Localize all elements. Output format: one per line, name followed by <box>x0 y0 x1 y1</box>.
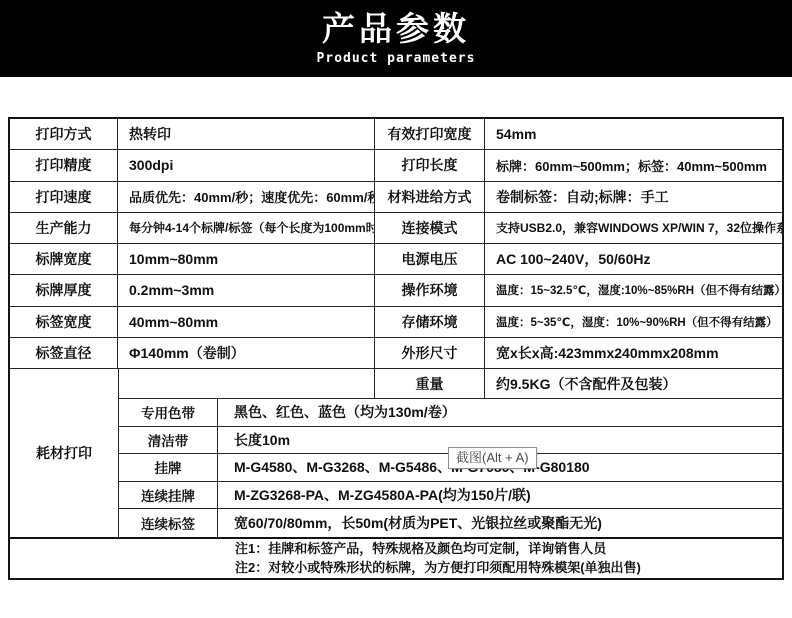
consumable-value-ribbon: 黑色、红色、蓝色（均为130m/卷） <box>218 399 782 427</box>
page-title: 产品参数 <box>322 11 470 47</box>
spec-label-plate-width: 标牌宽度 <box>10 244 118 275</box>
spec-label-label-width: 标签宽度 <box>10 307 118 338</box>
spec-label-print-width: 有效打印宽度 <box>375 119 485 150</box>
consumable-value-continuous-tags: M-ZG3268-PA、M-ZG4580A-PA(均为150片/联) <box>218 482 782 510</box>
spec-label-print-speed: 打印速度 <box>10 182 118 213</box>
spec-label-weight: 重量 <box>375 369 485 399</box>
consumable-label-cleaning-tape: 清洁带 <box>119 427 218 455</box>
spec-label-print-length: 打印长度 <box>375 150 485 181</box>
consumable-row-continuous-tags: 连续挂牌 M-ZG3268-PA、M-ZG4580A-PA(均为150片/联) <box>119 482 782 510</box>
spec-value-label-width: 40mm~80mm <box>118 307 375 338</box>
footnotes: 注1：挂牌和标签产品，特殊规格及颜色均可定制，详询销售人员 注2：对较小或特殊形… <box>10 537 782 578</box>
spec-value-print-method: 热转印 <box>118 119 375 150</box>
spec-value-capacity: 每分钟4-14个标牌/标签（每个长度为100mm时） <box>118 213 375 244</box>
spec-label-feed-mode: 材料进给方式 <box>375 182 485 213</box>
spec-label-dimensions: 外形尺寸 <box>375 338 485 369</box>
weight-row: 重量 约9.5KG（不含配件及包装） <box>119 369 782 399</box>
spec-label-plate-thickness: 标牌厚度 <box>10 275 118 306</box>
spec-label-print-precision: 打印精度 <box>10 150 118 181</box>
spec-value-storage-env: 温度：5~35℃，湿度：10%~90%RH（但不得有结露） <box>485 307 782 338</box>
spec-main-grid: 打印方式 热转印 有效打印宽度 54mm 打印精度 300dpi 打印长度 标牌… <box>10 119 782 369</box>
spec-label-storage-env: 存储环境 <box>375 307 485 338</box>
consumable-row-ribbon: 专用色带 黑色、红色、蓝色（均为130m/卷） <box>119 399 782 427</box>
consumable-label-ribbon: 专用色带 <box>119 399 218 427</box>
spec-value-operating-env: 温度：15~32.5℃，湿度:10%~85%RH（但不得有结露） <box>485 275 782 306</box>
consumable-label-continuous-tags: 连续挂牌 <box>119 482 218 510</box>
consumable-label-continuous-labels: 连续标签 <box>119 509 218 537</box>
screenshot-tooltip: 截图(Alt + A) <box>448 447 537 469</box>
consumable-label-tags: 挂牌 <box>119 454 218 482</box>
footnote-2: 注2：对较小或特殊形状的标牌，为方便打印须配用特殊模架(单独出售) <box>235 559 782 578</box>
spec-value-weight: 约9.5KG（不含配件及包装） <box>485 369 782 399</box>
spec-value-plate-thickness: 0.2mm~3mm <box>118 275 375 306</box>
spec-value-connection: 支持USB2.0，兼容WINDOWS XP/WIN 7，32位操作系统 <box>485 213 782 244</box>
spec-value-label-diameter: Φ140mm（卷制） <box>118 338 375 369</box>
spec-label-connection: 连接模式 <box>375 213 485 244</box>
spec-value-print-speed: 品质优先：40mm/秒；速度优先：60mm/秒 <box>118 182 375 213</box>
product-params-banner: 产品参数 Product parameters <box>0 0 792 77</box>
spec-value-print-precision: 300dpi <box>118 150 375 181</box>
spec-value-feed-mode: 卷制标签：自动;标牌：手工 <box>485 182 782 213</box>
spec-value-plate-width: 10mm~80mm <box>118 244 375 275</box>
spec-label-label-diameter: 标签直径 <box>10 338 118 369</box>
footnote-1: 注1：挂牌和标签产品，特殊规格及颜色均可定制，详询销售人员 <box>235 540 782 559</box>
spec-value-dimensions: 宽x长x高:423mmx240mmx208mm <box>485 338 782 369</box>
spec-label-capacity: 生产能力 <box>10 213 118 244</box>
weight-row-spacer <box>119 369 375 399</box>
spec-label-operating-env: 操作环境 <box>375 275 485 306</box>
spec-value-print-length: 标牌：60mm~500mm；标签：40mm~500mm <box>485 150 782 181</box>
spec-value-print-width: 54mm <box>485 119 782 150</box>
spec-label-print-method: 打印方式 <box>10 119 118 150</box>
spec-label-voltage: 电源电压 <box>375 244 485 275</box>
spec-table: 打印方式 热转印 有效打印宽度 54mm 打印精度 300dpi 打印长度 标牌… <box>8 117 784 580</box>
spec-value-voltage: AC 100~240V，50/60Hz <box>485 244 782 275</box>
consumables-group-label: 耗材打印 <box>10 369 119 537</box>
consumables-section: 耗材打印 重量 约9.5KG（不含配件及包装） 专用色带 黑色、红色、蓝色（均为… <box>10 369 782 537</box>
page-subtitle: Product parameters <box>317 51 476 66</box>
consumable-value-continuous-labels: 宽60/70/80mm，长50m(材质为PET、光银拉丝或聚酯无光) <box>218 509 782 537</box>
consumable-row-continuous-labels: 连续标签 宽60/70/80mm，长50m(材质为PET、光银拉丝或聚酯无光) <box>119 509 782 537</box>
